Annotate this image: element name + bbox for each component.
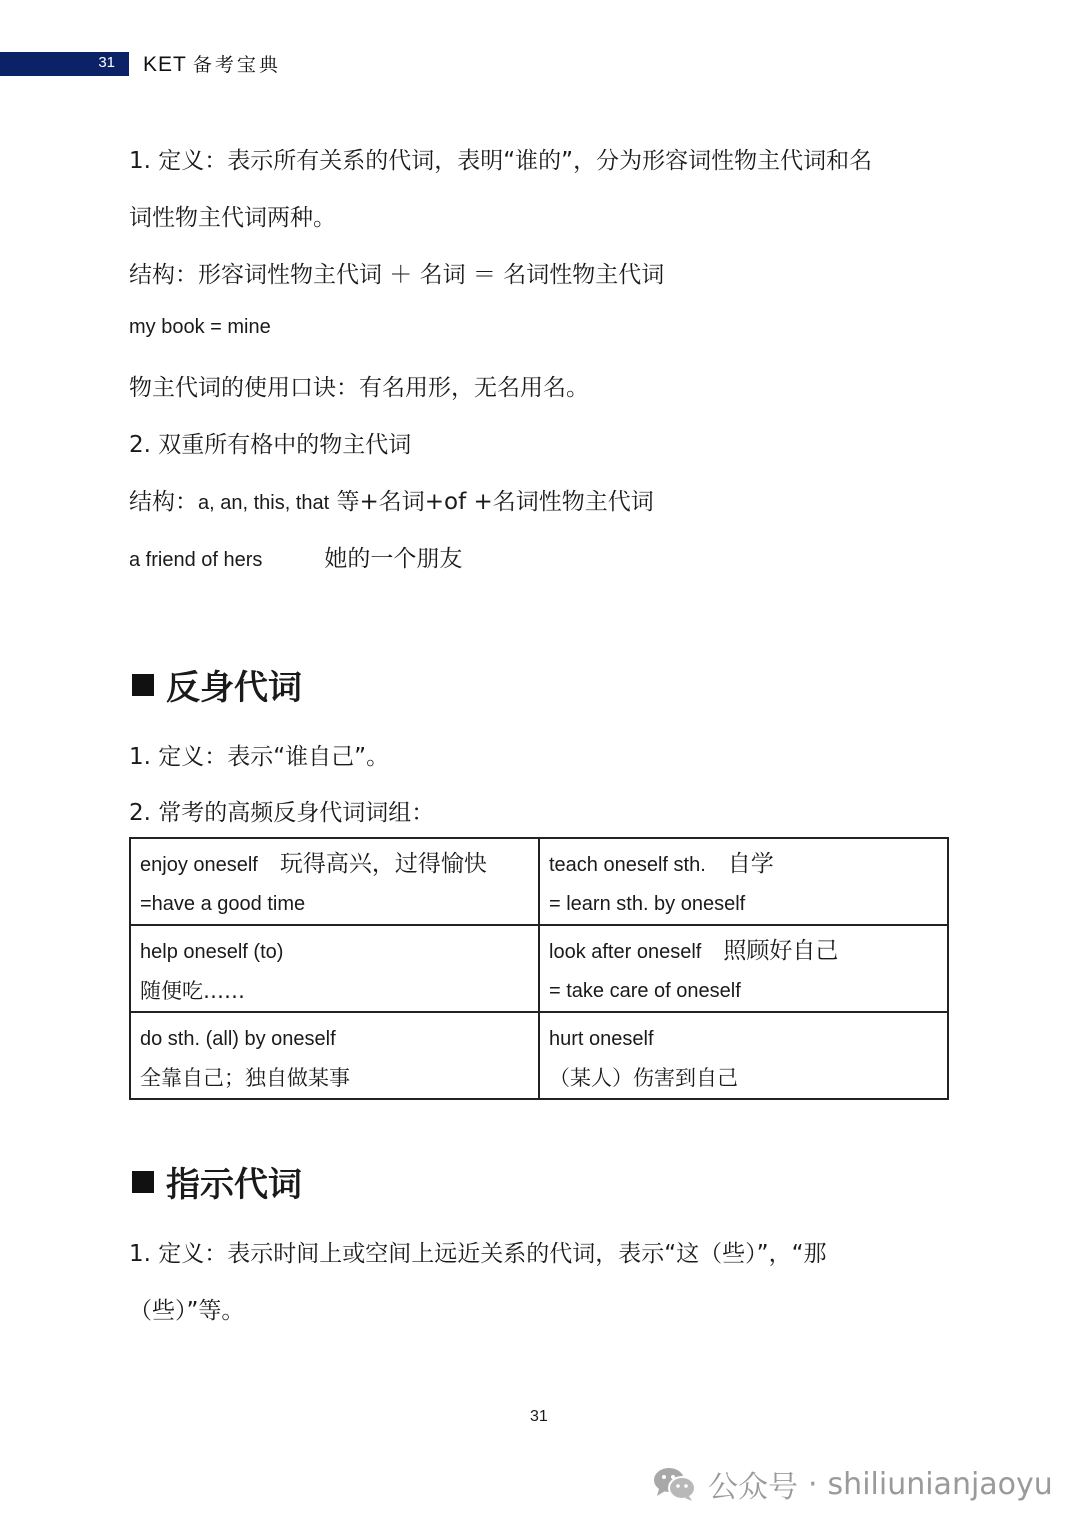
phrase-note: = learn sth. by oneself [549,885,938,924]
table-cell: help oneself (to) 随便吃…… [130,925,539,1012]
phrase-note: 随便吃…… [140,972,529,1011]
example-cn: 她的一个朋友 [324,546,462,572]
possessive-rhyme: 物主代词的使用口诀：有名用形，无名用名。 [129,369,589,402]
example-en: a friend of hers [129,549,262,571]
table-cell: do sth. (all) by oneself 全靠自己；独自做某事 [130,1012,539,1099]
section-heading-reflexive: 反身代词 [132,660,302,709]
phrase-en: help oneself (to) [140,941,283,963]
reflexive-phrases-table: enjoy oneself玩得高兴，过得愉快 =have a good time… [129,837,949,1100]
bullet-square-icon [132,1171,154,1193]
possessive-structure: 结构：形容词性物主代词 ＋ 名词 ＝ 名词性物主代词 [129,256,664,289]
phrase-cn: 玩得高兴，过得愉快 [280,851,487,877]
double-possessive-structure: 结构：a, an, this, that 等+名词+of +名词性物主代词 [129,483,654,516]
possessive-definition: 1. 定义：表示所有关系的代词，表明“谁的”，分为形容词性物主代词和名 [129,142,872,175]
phrase-cn: 照顾好自己 [723,938,838,964]
reflexive-phrases-title: 2. 常考的高频反身代词词组： [129,794,434,827]
structure-label: 结构： [129,489,198,515]
phrase-note: = take care of oneself [549,972,938,1011]
phrase-note: =have a good time [140,885,529,924]
watermark-separator: · [808,1467,818,1502]
double-possessive-example: a friend of hers她的一个朋友 [129,540,462,573]
phrase-en: enjoy oneself [140,854,258,876]
watermark-account: shiliunianjaoyu [828,1467,1053,1502]
phrase-note: 全靠自己；独自做某事 [140,1059,529,1098]
table-row: do sth. (all) by oneself 全靠自己；独自做某事 hurt… [130,1012,948,1099]
table-cell: hurt oneself （某人）伤害到自己 [539,1012,948,1099]
structure-formula: 等+名词+of +名词性物主代词 [337,489,654,515]
book-title-en: KET [143,53,187,76]
demonstrative-definition: 1. 定义：表示时间上或空间上远近关系的代词，表示“这（些）”，“那 [129,1235,827,1268]
header-bar: 31 [0,52,129,76]
footer-page-number: 31 [530,1408,548,1426]
reflexive-definition: 1. 定义：表示“谁自己”。 [129,738,389,771]
table-cell: teach oneself sth.自学 = learn sth. by one… [539,838,948,925]
table-cell: enjoy oneself玩得高兴，过得愉快 =have a good time [130,838,539,925]
phrase-en: hurt oneself [549,1028,654,1050]
phrase-note: （某人）伤害到自己 [549,1059,938,1098]
table-row: enjoy oneself玩得高兴，过得愉快 =have a good time… [130,838,948,925]
possessive-example: my book = mine [129,316,271,339]
watermark: 公众号 · shiliunianjaoyu [652,1462,1053,1506]
section-title: 指示代词 [166,1157,302,1206]
demonstrative-definition-cont: （些）”等。 [129,1292,244,1325]
wechat-icon [652,1466,698,1502]
phrase-en: look after oneself [549,941,701,963]
phrase-cn: 自学 [728,851,774,877]
book-title: KET备考宝典 [143,50,281,77]
header-page-number: 31 [98,54,115,71]
section-heading-demonstrative: 指示代词 [132,1157,302,1206]
possessive-definition-cont: 词性物主代词两种。 [129,199,336,232]
phrase-en: do sth. (all) by oneself [140,1028,336,1050]
phrase-en: teach oneself sth. [549,854,706,876]
structure-determiners: a, an, this, that [198,492,329,514]
double-possessive-title: 2. 双重所有格中的物主代词 [129,426,411,459]
table-row: help oneself (to) 随便吃…… look after onese… [130,925,948,1012]
watermark-cn: 公众号 [708,1462,798,1506]
bullet-square-icon [132,674,154,696]
table-cell: look after oneself照顾好自己 = take care of o… [539,925,948,1012]
section-title: 反身代词 [166,660,302,709]
book-title-cn: 备考宝典 [193,54,281,76]
